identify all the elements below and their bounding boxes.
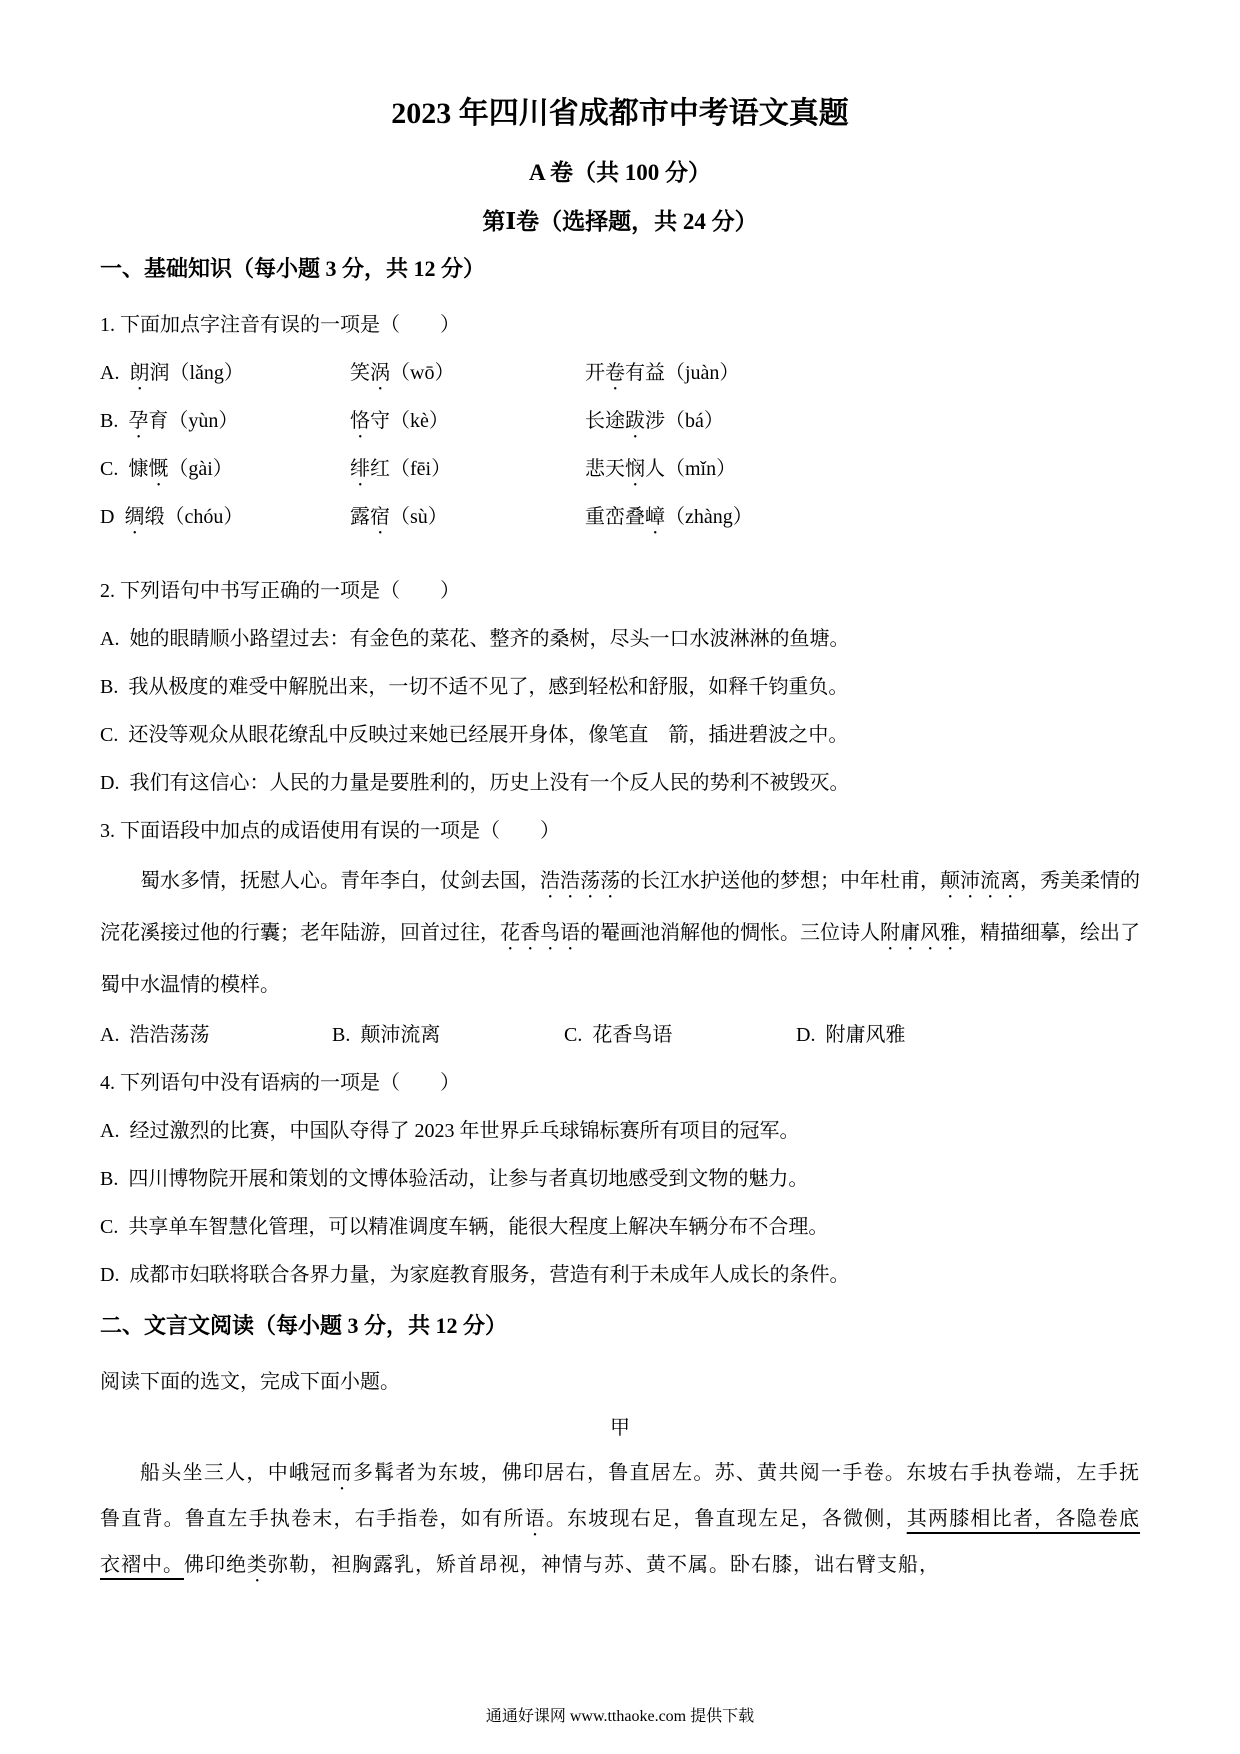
option-text: 四川博物院开展和策划的文博体验活动，让参与者真切地感受到文物的魅力。: [128, 1168, 808, 1190]
option-label: B.: [100, 410, 118, 432]
q1-b-word1: B.孕育（yùn）: [100, 397, 350, 445]
word-pre: 开: [585, 362, 605, 384]
option-label: D: [100, 506, 114, 528]
classical-passage: 船头坐三人，中峨冠而多髯者为东坡，佛印居右，鲁直居左。苏、黄共阅一手卷。东坡右手…: [100, 1450, 1140, 1588]
q4-stem: 4. 下列语句中没有语病的一项是（ ）: [100, 1059, 1140, 1107]
option-label: A.: [100, 362, 119, 384]
dotted-char: 涡: [370, 362, 390, 384]
q1-option-row-c: C.慷慨（gài） 绯红（fēi） 悲天悯人（mǐn）: [100, 445, 1140, 493]
q4-option-d: D.成都市妇联将联合各界力量，为家庭教育服务，营造有利于未成年人成长的条件。: [100, 1251, 1140, 1299]
q2-option-c: C.还没等观众从眼花缭乱中反映过来她已经展开身体，像笔直 箭，插进碧波之中。: [100, 711, 1140, 759]
dotted-idiom: 浩浩荡荡: [540, 870, 620, 892]
option-label: A.: [100, 1024, 119, 1046]
q4-option-c: C.共享单车智慧化管理，可以精准调度车辆，能很大程度上解决车辆分布不合理。: [100, 1203, 1140, 1251]
option-label: C.: [100, 1216, 118, 1238]
footer-text: 通通好课网 www.tthaoke.com 提供下载: [0, 1703, 1240, 1726]
option-text: 经过激烈的比赛，中国队夺得了 2023 年世界乒乓球锦标赛所有项目的冠军。: [129, 1120, 799, 1142]
dotted-char: 语: [525, 1508, 546, 1530]
option-text: 颠沛流离: [360, 1024, 440, 1046]
part-a-heading: A 卷（共 100 分）: [100, 154, 1140, 187]
word-pre: 笑: [350, 362, 370, 384]
option-label: B.: [332, 1024, 350, 1046]
q3-option-d: D.附庸风雅: [796, 1011, 1140, 1059]
option-text: 附庸风雅: [825, 1024, 905, 1046]
q1-b-word3: 长途跋涉（bá）: [585, 397, 1140, 445]
q3-option-a: A.浩浩荡荡: [100, 1011, 332, 1059]
q1-b-word2: 恪守（kè）: [350, 397, 585, 445]
section-one-heading: 一、基础知识（每小题 3 分，共 12 分）: [100, 252, 1140, 283]
dotted-char: 跋: [625, 410, 645, 432]
passage-jia-label: 甲: [100, 1406, 1140, 1450]
option-text: 我从极度的难受中解脱出来，一切不适不见了，感到轻松和舒服，如释千钧重负。: [128, 676, 848, 698]
passage-segment: 。东坡现右足，鲁直现左足，各微侧，: [546, 1508, 907, 1530]
q1-c-word3: 悲天悯人（mǐn）: [585, 445, 1140, 493]
q4-option-a: A.经过激烈的比赛，中国队夺得了 2023 年世界乒乓球锦标赛所有项目的冠军。: [100, 1107, 1140, 1155]
q2-option-d: D.我们有这信心：人民的力量是要胜利的，历史上没有一个反人民的势利不被毁灭。: [100, 759, 1140, 807]
option-text: 浩浩荡荡: [129, 1024, 209, 1046]
dotted-idiom: 花香鸟语: [500, 922, 580, 944]
word-pre: 露: [350, 506, 370, 528]
word-rest: （zhàng）: [665, 506, 753, 528]
q1-d-word1: D绸缎（chóu）: [100, 493, 350, 541]
dotted-char: 类: [247, 1554, 268, 1576]
dotted-char: 而: [332, 1462, 353, 1484]
option-text: 共享单车智慧化管理，可以精准调度车辆，能很大程度上解决车辆分布不合理。: [128, 1216, 828, 1238]
word-pre: 慷: [128, 458, 148, 480]
q1-option-row-a: A.朗润（lǎng） 笑涡（wō） 开卷有益（juàn）: [100, 349, 1140, 397]
exam-paper-page: 2023 年四川省成都市中考语文真题 A 卷（共 100 分） 第Ⅰ卷（选择题，…: [0, 0, 1240, 1754]
dotted-char: 孕: [128, 410, 148, 432]
q1-c-word1: C.慷慨（gài）: [100, 445, 350, 493]
q3-stem: 3. 下面语段中加点的成语使用有误的一项是（ ）: [100, 807, 1140, 855]
option-label: C.: [564, 1024, 582, 1046]
option-text: 还没等观众从眼花缭乱中反映过来她已经展开身体，像笔直 箭，插进碧波之中。: [128, 724, 848, 746]
word-rest: 润（lǎng）: [149, 362, 243, 384]
q3-option-c: C.花香鸟语: [564, 1011, 796, 1059]
option-text: 成都市妇联将联合各界力量，为家庭教育服务，营造有利于未成年人成长的条件。: [129, 1264, 849, 1286]
option-label: A.: [100, 1120, 119, 1142]
word-rest: （gài）: [168, 458, 232, 480]
dotted-char: 宿: [370, 506, 390, 528]
word-pre: 悲天: [585, 458, 625, 480]
q2-option-b: B.我从极度的难受中解脱出来，一切不适不见了，感到轻松和舒服，如释千钧重负。: [100, 663, 1140, 711]
dotted-idiom: 颠沛流离: [940, 870, 1020, 892]
q1-c-word2: 绯红（fēi）: [350, 445, 585, 493]
option-label: B.: [100, 1168, 118, 1190]
part-i-heading: 第Ⅰ卷（选择题，共 24 分）: [100, 203, 1140, 236]
passage-segment: 蜀水多情，抚慰人心。青年李白，仗剑去国，: [140, 870, 540, 892]
q1-d-word2: 露宿（sù）: [350, 493, 585, 541]
word-pre: 长途: [585, 410, 625, 432]
q3-passage: 蜀水多情，抚慰人心。青年李白，仗剑去国，浩浩荡荡的长江水护送他的梦想；中年杜甫，…: [100, 855, 1140, 1011]
word-rest: 红（fēi）: [370, 458, 451, 480]
option-label: C.: [100, 458, 118, 480]
q1-a-word2: 笑涡（wō）: [350, 349, 585, 397]
word-rest: （sù）: [390, 506, 448, 528]
dotted-idiom: 附庸风雅: [880, 922, 960, 944]
q1-option-row-b: B.孕育（yùn） 恪守（kè） 长途跋涉（bá）: [100, 397, 1140, 445]
q3-option-row: A.浩浩荡荡 B.颠沛流离 C.花香鸟语 D.附庸风雅: [100, 1011, 1140, 1059]
q2-stem: 2. 下列语句中书写正确的一项是（ ）: [100, 567, 1140, 615]
dotted-char: 慨: [148, 458, 168, 480]
reading-intro: 阅读下面的选文，完成下面小题。: [100, 1358, 1140, 1406]
doc-title: 2023 年四川省成都市中考语文真题: [100, 88, 1140, 132]
option-label: B.: [100, 676, 118, 698]
word-rest: 有益（juàn）: [625, 362, 739, 384]
option-text: 她的眼睛顺小路望过去：有金色的菜花、整齐的桑树，尽头一口水波淋淋的鱼塘。: [129, 628, 849, 650]
dotted-char: 恪: [350, 410, 370, 432]
passage-segment: 的长江水护送他的梦想；中年杜甫，: [620, 870, 940, 892]
word-rest: 涉（bá）: [645, 410, 724, 432]
q1-option-row-d: D绸缎（chóu） 露宿（sù） 重峦叠嶂（zhàng）: [100, 493, 1140, 541]
q1-a-word3: 开卷有益（juàn）: [585, 349, 1140, 397]
q4-option-b: B.四川博物院开展和策划的文博体验活动，让参与者真切地感受到文物的魅力。: [100, 1155, 1140, 1203]
q1-a-word1: A.朗润（lǎng）: [100, 349, 350, 397]
passage-segment: 弥勒，袒胸露乳，矫首昂视，神情与苏、黄不属。卧右膝，诎右臂支船，: [268, 1554, 940, 1576]
word-rest: （wō）: [390, 362, 454, 384]
q2-option-a: A.她的眼睛顺小路望过去：有金色的菜花、整齐的桑树，尽头一口水波淋淋的鱼塘。: [100, 615, 1140, 663]
option-text: 花香鸟语: [592, 1024, 672, 1046]
option-text: 我们有这信心：人民的力量是要胜利的，历史上没有一个反人民的势利不被毁灭。: [129, 772, 849, 794]
q3-option-b: B.颠沛流离: [332, 1011, 564, 1059]
q1-d-word3: 重峦叠嶂（zhàng）: [585, 493, 1140, 541]
dotted-char: 嶂: [645, 506, 665, 528]
passage-segment: 船头坐三人，中峨冠: [140, 1462, 332, 1484]
option-label: D.: [100, 772, 119, 794]
word-rest: 缎（chóu）: [144, 506, 243, 528]
dotted-char: 绸: [124, 506, 144, 528]
passage-segment: 佛印绝: [184, 1554, 247, 1576]
dotted-char: 悯: [625, 458, 645, 480]
q1-stem: 1. 下面加点字注音有误的一项是（ ）: [100, 301, 1140, 349]
dotted-char: 朗: [129, 362, 149, 384]
section-two-heading: 二、文言文阅读（每小题 3 分，共 12 分）: [100, 1309, 1140, 1340]
word-rest: 育（yùn）: [148, 410, 238, 432]
word-pre: 重峦叠: [585, 506, 645, 528]
passage-segment: 的罨画池消解他的惆怅。三位诗人: [580, 922, 880, 944]
dotted-char: 绯: [350, 458, 370, 480]
word-rest: 人（mǐn）: [645, 458, 736, 480]
option-label: C.: [100, 724, 118, 746]
option-label: A.: [100, 628, 119, 650]
dotted-char: 卷: [605, 362, 625, 384]
option-label: D.: [796, 1024, 815, 1046]
word-rest: 守（kè）: [370, 410, 449, 432]
option-label: D.: [100, 1264, 119, 1286]
